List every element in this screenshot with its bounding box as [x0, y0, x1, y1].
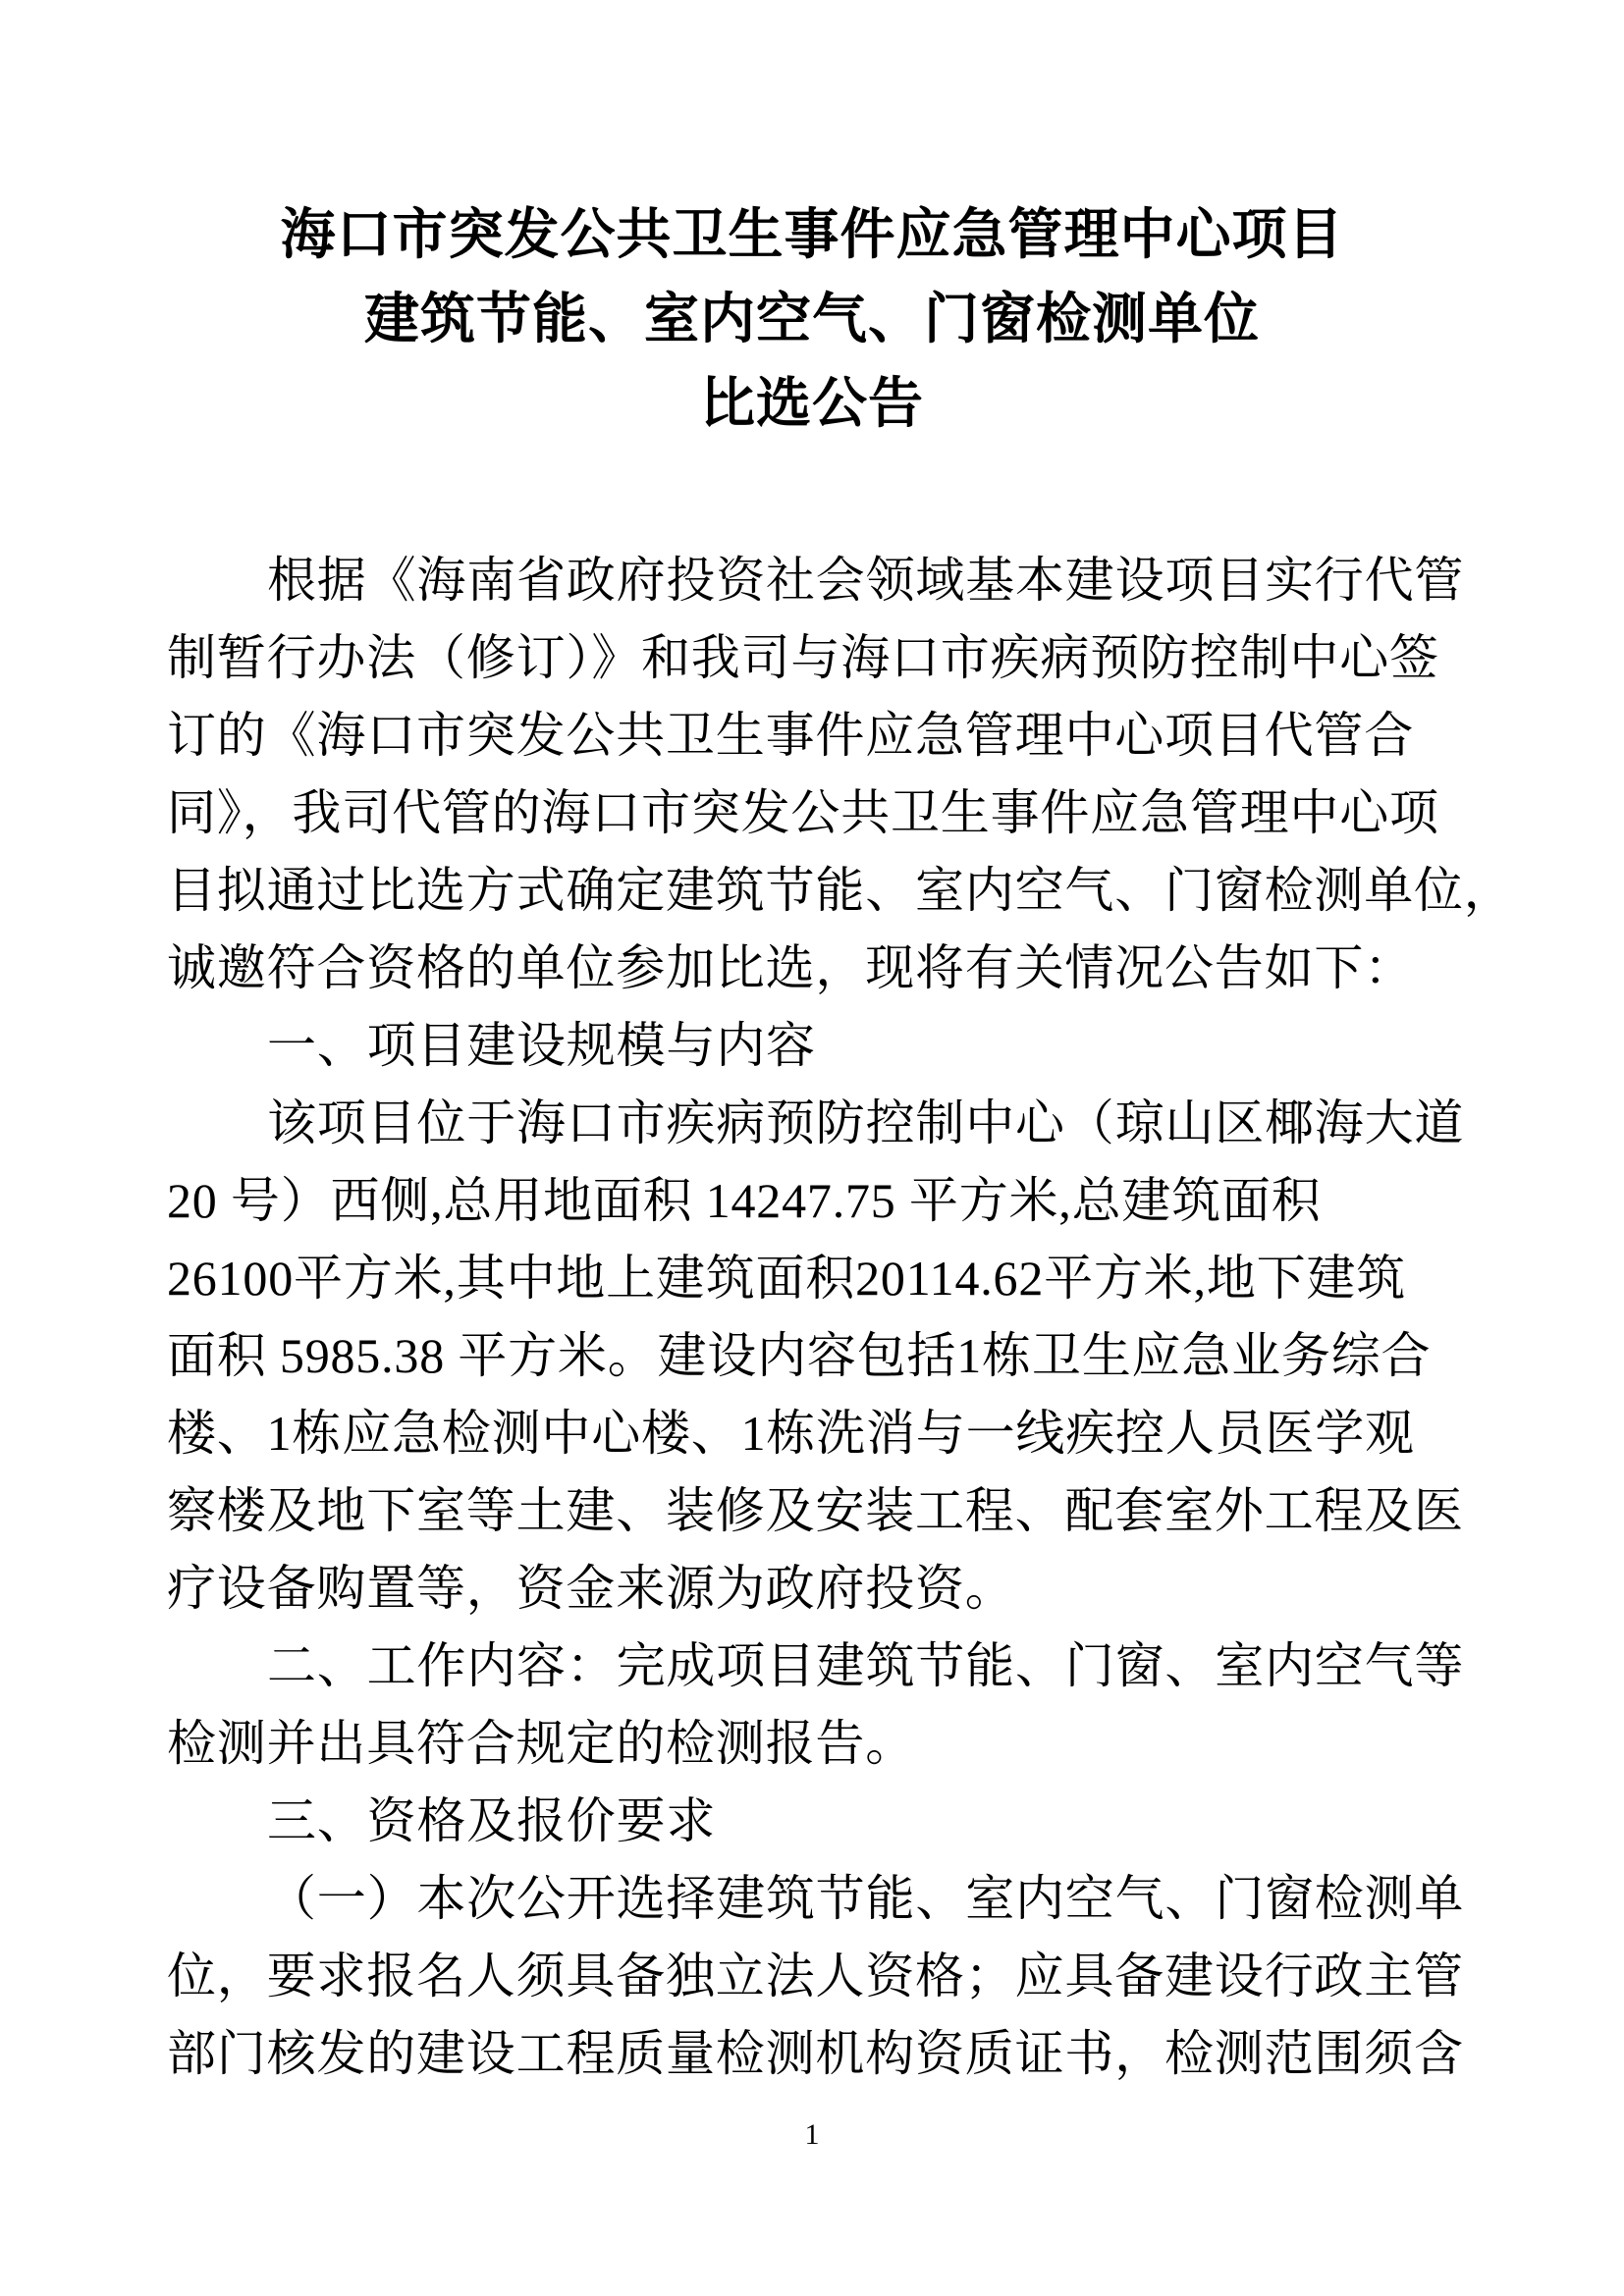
title-line-3: 比选公告 — [0, 362, 1624, 447]
body-text-line: 部门核发的建设工程质量检测机构资质证书，检测范围须含 — [167, 2015, 1465, 2093]
body-text-line: 该项目位于海口市疾病预防控制中心（琼山区椰海大道 — [167, 1085, 1465, 1162]
body-text-line: （一）本次公开选择建筑节能、室内空气、门窗检测单 — [167, 1860, 1465, 1938]
body-text-line: 同》，我司代管的海口市突发公共卫生事件应急管理中心项 — [167, 774, 1465, 852]
body-text-line: 位，要求报名人须具备独立法人资格；应具备建设行政主管 — [167, 1938, 1465, 2015]
body-text-line: 疗设备购置等，资金来源为政府投资。 — [167, 1550, 1465, 1628]
body-text-line: 检测并出具符合规定的检测报告。 — [167, 1705, 1465, 1783]
document-title: 海口市突发公共卫生事件应急管理中心项目 建筑节能、室内空气、门窗检测单位 比选公… — [0, 193, 1624, 447]
body-text-line: 订的《海口市突发公共卫生事件应急管理中心项目代管合 — [167, 697, 1465, 774]
body-text-line: 26100平方米,其中地上建筑面积20114.62平方米,地下建筑 — [167, 1240, 1465, 1317]
body-text-line: 二、工作内容：完成项目建筑节能、门窗、室内空气等 — [167, 1628, 1465, 1705]
body-text-line: 楼、1栋应急检测中心楼、1栋洗消与一线疾控人员医学观 — [167, 1395, 1465, 1472]
body-text-line: 三、资格及报价要求 — [167, 1783, 1465, 1860]
body-text-line: 制暂行办法（修订）》和我司与海口市疾病预防控制中心签 — [167, 619, 1465, 697]
body-text-line: 察楼及地下室等土建、装修及安装工程、配套室外工程及医 — [167, 1472, 1465, 1550]
title-line-1: 海口市突发公共卫生事件应急管理中心项目 — [0, 193, 1624, 278]
document-body: 根据《海南省政府投资社会领域基本建设项目实行代管制暂行办法（修订）》和我司与海口… — [167, 542, 1465, 2093]
body-text-line: 20 号）西侧,总用地面积 14247.75 平方米,总建筑面积 — [167, 1162, 1465, 1240]
body-text-line: 诚邀符合资格的单位参加比选，现将有关情况公告如下： — [167, 930, 1465, 1007]
body-text-line: 面积 5985.38 平方米。建设内容包括1栋卫生应急业务综合 — [167, 1317, 1465, 1395]
document-page: 海口市突发公共卫生事件应急管理中心项目 建筑节能、室内空气、门窗检测单位 比选公… — [0, 0, 1624, 2296]
body-text-line: 一、项目建设规模与内容 — [167, 1007, 1465, 1085]
body-text-line: 根据《海南省政府投资社会领域基本建设项目实行代管 — [167, 542, 1465, 619]
title-line-2: 建筑节能、室内空气、门窗检测单位 — [0, 278, 1624, 362]
page-number: 1 — [0, 2115, 1624, 2155]
body-text-line: 目拟通过比选方式确定建筑节能、室内空气、门窗检测单位， — [167, 852, 1465, 930]
